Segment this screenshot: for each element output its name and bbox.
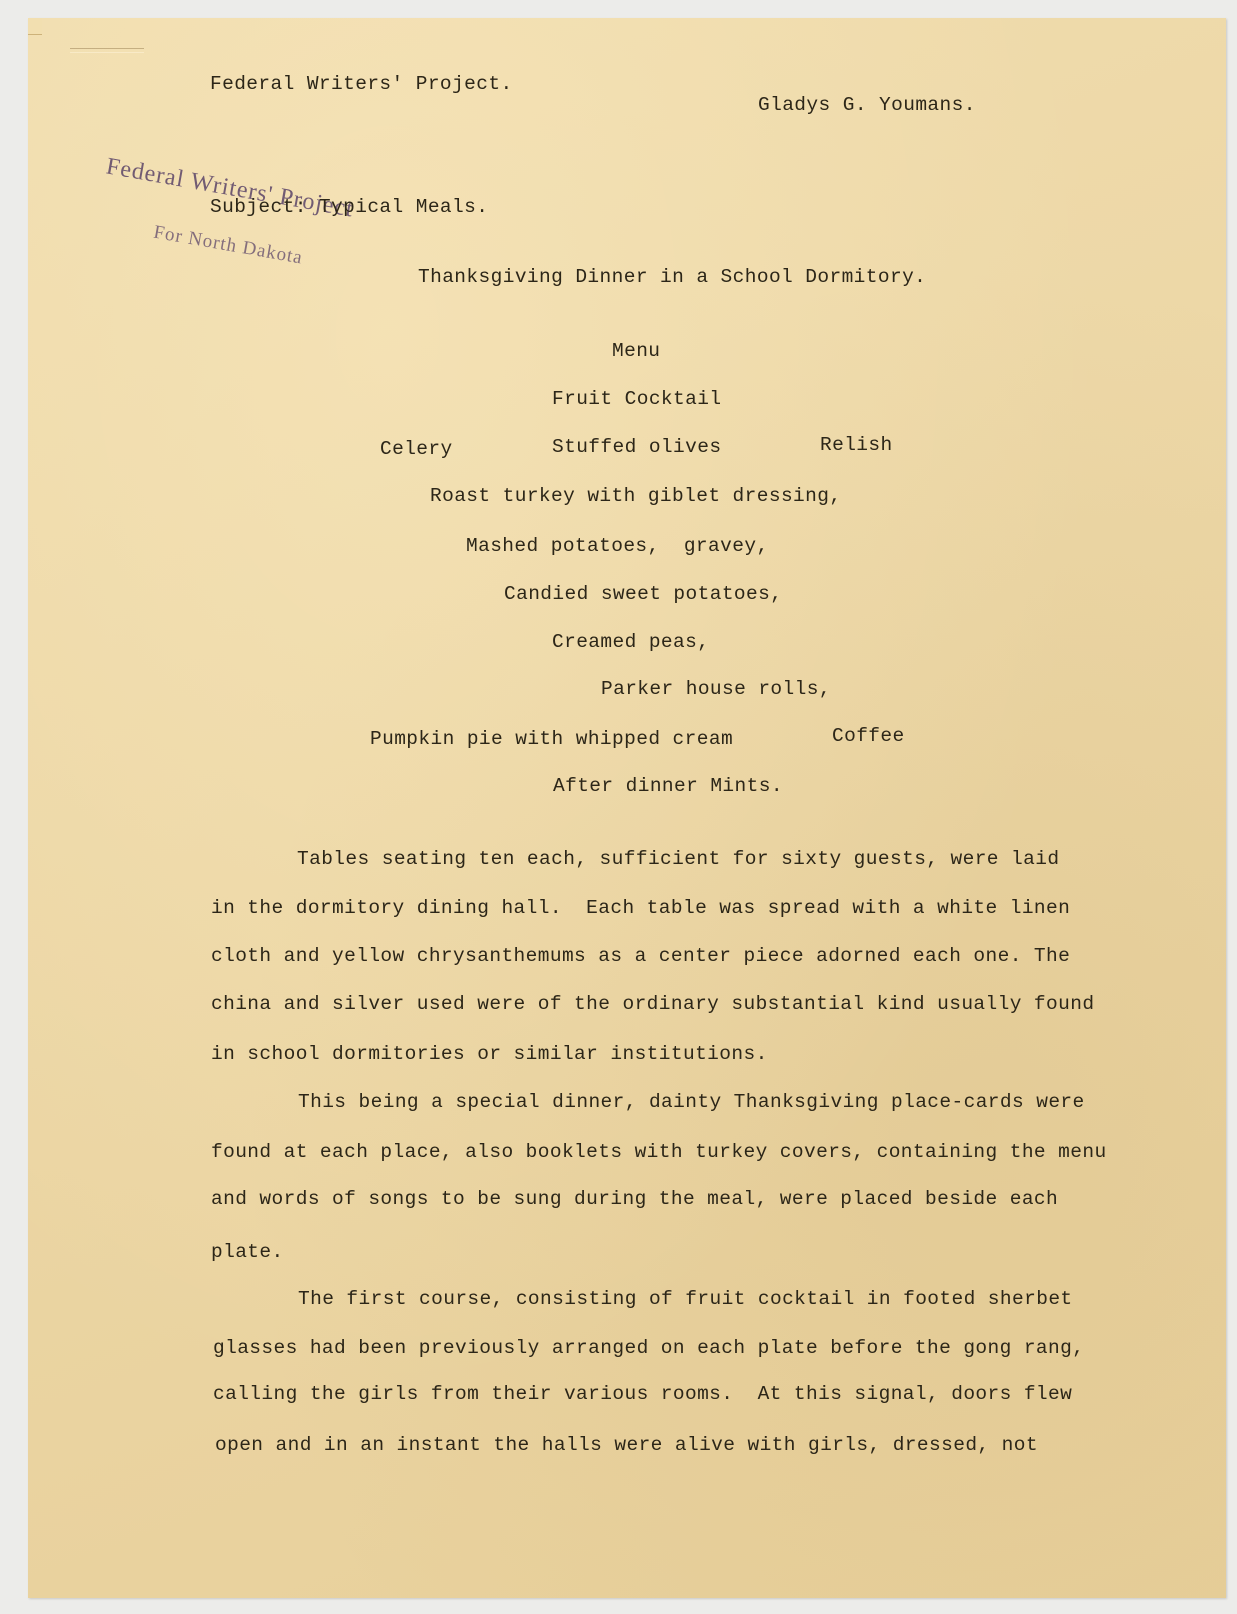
subject-line: Subject: Typical Meals.	[210, 198, 488, 218]
menu-item-fruit-cocktail: Fruit Cocktail	[552, 390, 721, 410]
organization-line: Federal Writers' Project.	[210, 75, 513, 95]
body-line: and words of songs to be sung during the…	[211, 1190, 1058, 1210]
menu-item-celery: Celery	[380, 440, 453, 460]
menu-item-parker-house-rolls: Parker house rolls,	[601, 680, 831, 700]
staple-mark	[70, 48, 144, 53]
author-line: Gladys G. Youmans.	[758, 96, 976, 116]
menu-item-pumpkin-pie: Pumpkin pie with whipped cream	[370, 730, 733, 750]
menu-item-candied-sweet-potatoes: Candied sweet potatoes,	[504, 585, 782, 605]
menu-heading: Menu	[612, 342, 660, 362]
body-line: Tables seating ten each, sufficient for …	[297, 850, 1059, 870]
menu-item-stuffed-olives: Stuffed olives	[552, 438, 721, 458]
body-line: cloth and yellow chrysanthemums as a cen…	[211, 947, 1070, 967]
menu-item-relish: Relish	[820, 436, 893, 456]
body-line: This being a special dinner, dainty Than…	[298, 1093, 1085, 1113]
body-line: The first course, consisting of fruit co…	[298, 1290, 1073, 1310]
menu-item-mashed-potatoes: Mashed potatoes, gravey,	[466, 537, 769, 557]
body-line: open and in an instant the halls were al…	[215, 1436, 1038, 1456]
body-line: calling the girls from their various roo…	[213, 1385, 1072, 1405]
menu-item-creamed-peas: Creamed peas,	[552, 633, 709, 653]
document-title: Thanksgiving Dinner in a School Dormitor…	[418, 268, 926, 288]
menu-item-after-dinner-mints: After dinner Mints.	[553, 777, 783, 797]
menu-item-coffee: Coffee	[832, 727, 905, 747]
body-line: found at each place, also booklets with …	[211, 1143, 1107, 1163]
body-line: in the dormitory dining hall. Each table…	[211, 899, 1070, 919]
menu-item-roast-turkey: Roast turkey with giblet dressing,	[430, 487, 841, 507]
body-line: glasses had been previously arranged on …	[213, 1339, 1084, 1359]
body-line: china and silver used were of the ordina…	[211, 995, 1094, 1015]
body-line: in school dormitories or similar institu…	[211, 1045, 768, 1065]
folded-corner	[28, 18, 42, 35]
body-line: plate.	[211, 1243, 284, 1263]
